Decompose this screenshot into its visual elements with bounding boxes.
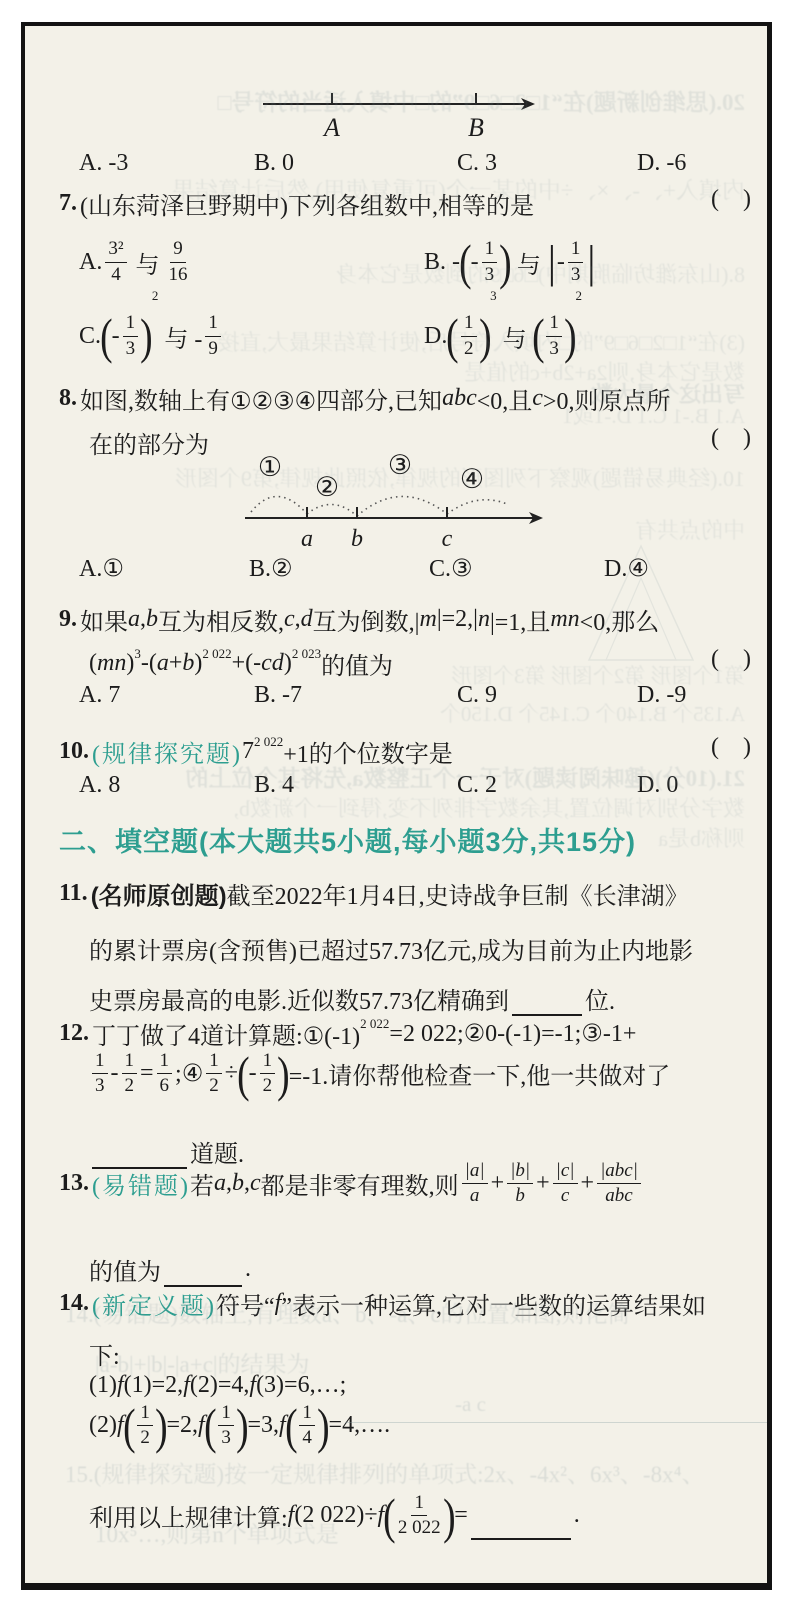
superscript: 2	[575, 288, 582, 304]
text-run: 史票房最高的电影.近似数57.73亿精确到	[89, 981, 509, 1016]
fraction-numerator: 1	[260, 1050, 276, 1074]
big-paren: (	[237, 1053, 249, 1096]
segment-group: 在的部分为	[89, 425, 209, 460]
fraction: 13	[92, 1050, 108, 1098]
text-run: 在的部分为	[89, 425, 209, 460]
math-variable: c	[250, 1170, 261, 1197]
fraction: |b|b	[507, 1160, 533, 1208]
fraction-numerator: 1	[299, 1402, 315, 1426]
answer-blank	[164, 1261, 242, 1287]
segment-group: 的值为.	[89, 1252, 251, 1287]
question-line: 13-12=16;④12÷(-12)=-1.请你帮他检查一下,他一共做对了	[89, 1046, 751, 1098]
math-variable: m	[419, 606, 436, 633]
math-variable: n	[478, 606, 490, 633]
fraction-numerator: 1	[157, 1050, 173, 1074]
text-run: +	[581, 1170, 595, 1197]
topic-tag: (易错题)	[92, 1166, 190, 1201]
answer-blank	[512, 990, 582, 1016]
text-run: ÷	[225, 1060, 238, 1087]
math-variable: d	[301, 606, 313, 633]
text-run: C.③	[429, 554, 473, 583]
fraction-denominator: 3	[221, 1426, 231, 1449]
text-run: 如果	[80, 602, 128, 637]
text-run: =4,….	[329, 1412, 391, 1439]
option: C.③	[429, 554, 473, 583]
fraction-denominator: abc	[605, 1184, 632, 1207]
bleed-through-text: A.135个 B.140个 C.145个 D.150个	[65, 698, 745, 728]
bleed-through-figure	[581, 538, 701, 673]
option: A.①	[79, 554, 124, 583]
superscript: 2 022	[254, 734, 283, 750]
segment-group: 史票房最高的电影.近似数57.73亿精确到位.	[89, 981, 615, 1016]
text-run: 互为相反数,	[158, 602, 284, 637]
bleed-through-text: 20.(思维创新题)在“1□2□6□9”的□中填入适当的符号□	[65, 84, 745, 117]
segment-group: 的累计票房(含预售)已超过57.73亿元,成为目前为止内地影	[89, 931, 693, 966]
scan-background: { "page": { "paper_bg": "#f3f1e8", "fram…	[0, 0, 790, 1613]
text-run: 位.	[585, 981, 615, 1016]
fraction-denominator: c	[561, 1184, 569, 1207]
superscript: 3	[490, 288, 497, 304]
question-number: 13.	[59, 1170, 89, 1197]
fraction: |c|c	[553, 1160, 578, 1208]
paper: ABA. -3B. 0C. 3D. -67.(山东菏泽巨野期中)下列各组数中,相…	[21, 22, 772, 1590]
big-paren: )	[317, 1405, 329, 1448]
fraction-numerator: 1	[92, 1050, 108, 1074]
math-variable: c	[284, 606, 295, 633]
fraction: 12	[206, 1050, 222, 1098]
question-line: 的累计票房(含预售)已超过57.73亿元,成为目前为止内地影	[89, 931, 751, 966]
text-run: A.①	[79, 554, 124, 583]
bleed-through-text: 14.(易错题)数轴上,有理数a、b、-a、c的位置如图,则化简	[65, 1296, 745, 1329]
question-line: 的值为.	[89, 1252, 751, 1287]
text-run: 截至2022年1月4日,史诗战争巨制《长津湖》	[227, 876, 689, 911]
question-line: 11.(名师原创题)截至2022年1月4日,史诗战争巨制《长津湖》	[59, 876, 751, 911]
text-run: =	[140, 1060, 154, 1087]
segment-group: 11.(名师原创题)截至2022年1月4日,史诗战争巨制《长津湖》	[59, 876, 689, 911]
bleed-through-text: 则称b是a	[65, 822, 745, 853]
bleed-through-line	[345, 1422, 772, 1423]
bleed-through-text: 15.(规律探究题)按一定规律排列的单项式:2x、-4x²、6x³、-8x⁴、	[65, 1456, 745, 1489]
text-run: |=2,|	[437, 606, 478, 633]
bleed-through-text: 内填入+、-、×、÷中的某一个(可重复使用),然后计算结果	[65, 172, 745, 205]
text-run: 互为倒数,|	[313, 602, 420, 637]
fraction-denominator: 2	[125, 1074, 135, 1097]
bleed-through-text: (3)在“1□2□6□9”的□内填入符号后,使计算结果最大,直接	[65, 326, 745, 357]
text-run: 的累计票房(含预售)已超过57.73亿元,成为目前为止内地影	[89, 931, 693, 966]
fraction: 14	[299, 1402, 315, 1450]
text-run: -	[111, 1060, 119, 1087]
big-paren: )	[236, 1405, 248, 1448]
text-run: =3,	[248, 1412, 280, 1439]
text-run: ;④	[175, 1059, 203, 1088]
option: B.②	[249, 554, 293, 583]
text-run: 都是非零有理数,则	[261, 1166, 459, 1201]
fraction-denominator: 3	[95, 1074, 105, 1097]
bleed-through-text: |a-b|+|b|-|a+c|的结果为	[95, 1346, 695, 1379]
fraction-numerator: 1	[218, 1402, 234, 1426]
fraction: |a|a	[462, 1160, 488, 1208]
fraction: |abc|abc	[597, 1160, 641, 1208]
text-run: =2 022;②0-(-1)=-1;③-1+	[389, 1019, 636, 1048]
question-line: 史票房最高的电影.近似数57.73亿精确到位.	[89, 981, 751, 1016]
fraction: 12	[122, 1050, 138, 1098]
text-run: (2)	[89, 1412, 117, 1439]
fraction-denominator: 2	[209, 1074, 219, 1097]
segment-group: 13.(易错题)若a,b,c都是非零有理数,则|a|a+|b|b+|c|c+|a…	[59, 1160, 644, 1208]
fraction-numerator: |c|	[553, 1160, 578, 1184]
fraction-numerator: |abc|	[597, 1160, 641, 1184]
fraction-denominator: 6	[160, 1074, 170, 1097]
text-run: =2,	[166, 1412, 198, 1439]
text-run: B.②	[249, 554, 293, 583]
text-run: 若	[190, 1166, 214, 1201]
bleed-through-text: 10.(经典易错题)观察下列图形的规律,依照此规律,第9个图形	[65, 462, 745, 493]
fraction-numerator: 1	[206, 1050, 222, 1074]
question-number: 11.	[59, 880, 88, 907]
text-run: +	[491, 1170, 505, 1197]
fraction: 16	[157, 1050, 173, 1098]
math-variable: mn	[550, 606, 579, 633]
segment-group: 9.如果a,b互为相反数,c,d互为倒数,|m|=2,|n|=1,且mn<0,那…	[59, 602, 659, 637]
math-variable: b	[146, 606, 158, 633]
fraction-denominator: 2	[263, 1074, 273, 1097]
fraction-numerator: 1	[411, 1492, 427, 1516]
fraction-numerator: |a|	[462, 1160, 488, 1184]
big-paren: (	[285, 1405, 297, 1448]
fraction-numerator: 1	[122, 1050, 138, 1074]
fraction-denominator: a	[470, 1184, 480, 1207]
text-run: |=1,且	[490, 602, 550, 637]
big-paren: )	[277, 1053, 289, 1096]
text-run: =-1.请你帮他检查一下,他一共做对了	[289, 1056, 671, 1091]
math-variable: b	[232, 1170, 244, 1197]
svg-text:B: B	[468, 113, 484, 142]
bleed-through-text: 8.(山东潍坊临朐期中)□6□9的倒数是它本身	[65, 258, 745, 289]
bleed-through-text: 10x⁵…,则第n个单项式是	[95, 1516, 695, 1549]
fraction-numerator: 1	[137, 1402, 153, 1426]
text-run: -	[249, 1060, 257, 1087]
superscript: 2	[152, 288, 159, 304]
superscript: 2 022	[360, 1016, 389, 1032]
big-paren: (	[123, 1405, 135, 1448]
math-variable: a	[128, 606, 140, 633]
fraction: 12	[260, 1050, 276, 1098]
fraction-denominator: b	[515, 1184, 525, 1207]
text-run: +	[536, 1170, 550, 1197]
answer-paren: ( )	[711, 734, 751, 761]
fraction-numerator: |b|	[507, 1160, 533, 1184]
big-paren: (	[204, 1405, 216, 1448]
question-number: 9.	[59, 606, 77, 633]
question-line: 13.(易错题)若a,b,c都是非零有理数,则|a|a+|b|b+|c|c+|a…	[59, 1160, 751, 1208]
svg-text:A: A	[322, 113, 340, 142]
big-paren: )	[155, 1405, 167, 1448]
topic-tag: (名师原创题)	[91, 876, 227, 911]
fraction: 12	[137, 1402, 153, 1450]
fraction-denominator: 4	[302, 1426, 312, 1449]
text-run: 的值为	[89, 1252, 161, 1287]
text-run: .	[245, 1256, 251, 1283]
bleed-through-text: 21.(10分)(趣味阅读题)对于一个正整数a,先将其个位上的	[65, 760, 745, 793]
bleed-through-text: -a c	[455, 1392, 755, 1417]
fraction-denominator: 2	[140, 1426, 150, 1449]
bleed-through-text: A.1 B.-1 C.1 D.-1或1	[65, 400, 745, 430]
segment-group: 13-12=16;④12÷(-12)=-1.请你帮他检查一下,他一共做对了	[89, 1050, 670, 1098]
question-number: 12.	[59, 1020, 89, 1047]
math-variable: a	[214, 1170, 226, 1197]
bleed-through-text: 数字分别对调位置,其余数字排列不变,得到一个新数b,	[65, 792, 745, 823]
segment-group: (2)f(12)=2,f(13)=3,f(14)=4,….	[89, 1402, 390, 1450]
fraction: 13	[218, 1402, 234, 1450]
